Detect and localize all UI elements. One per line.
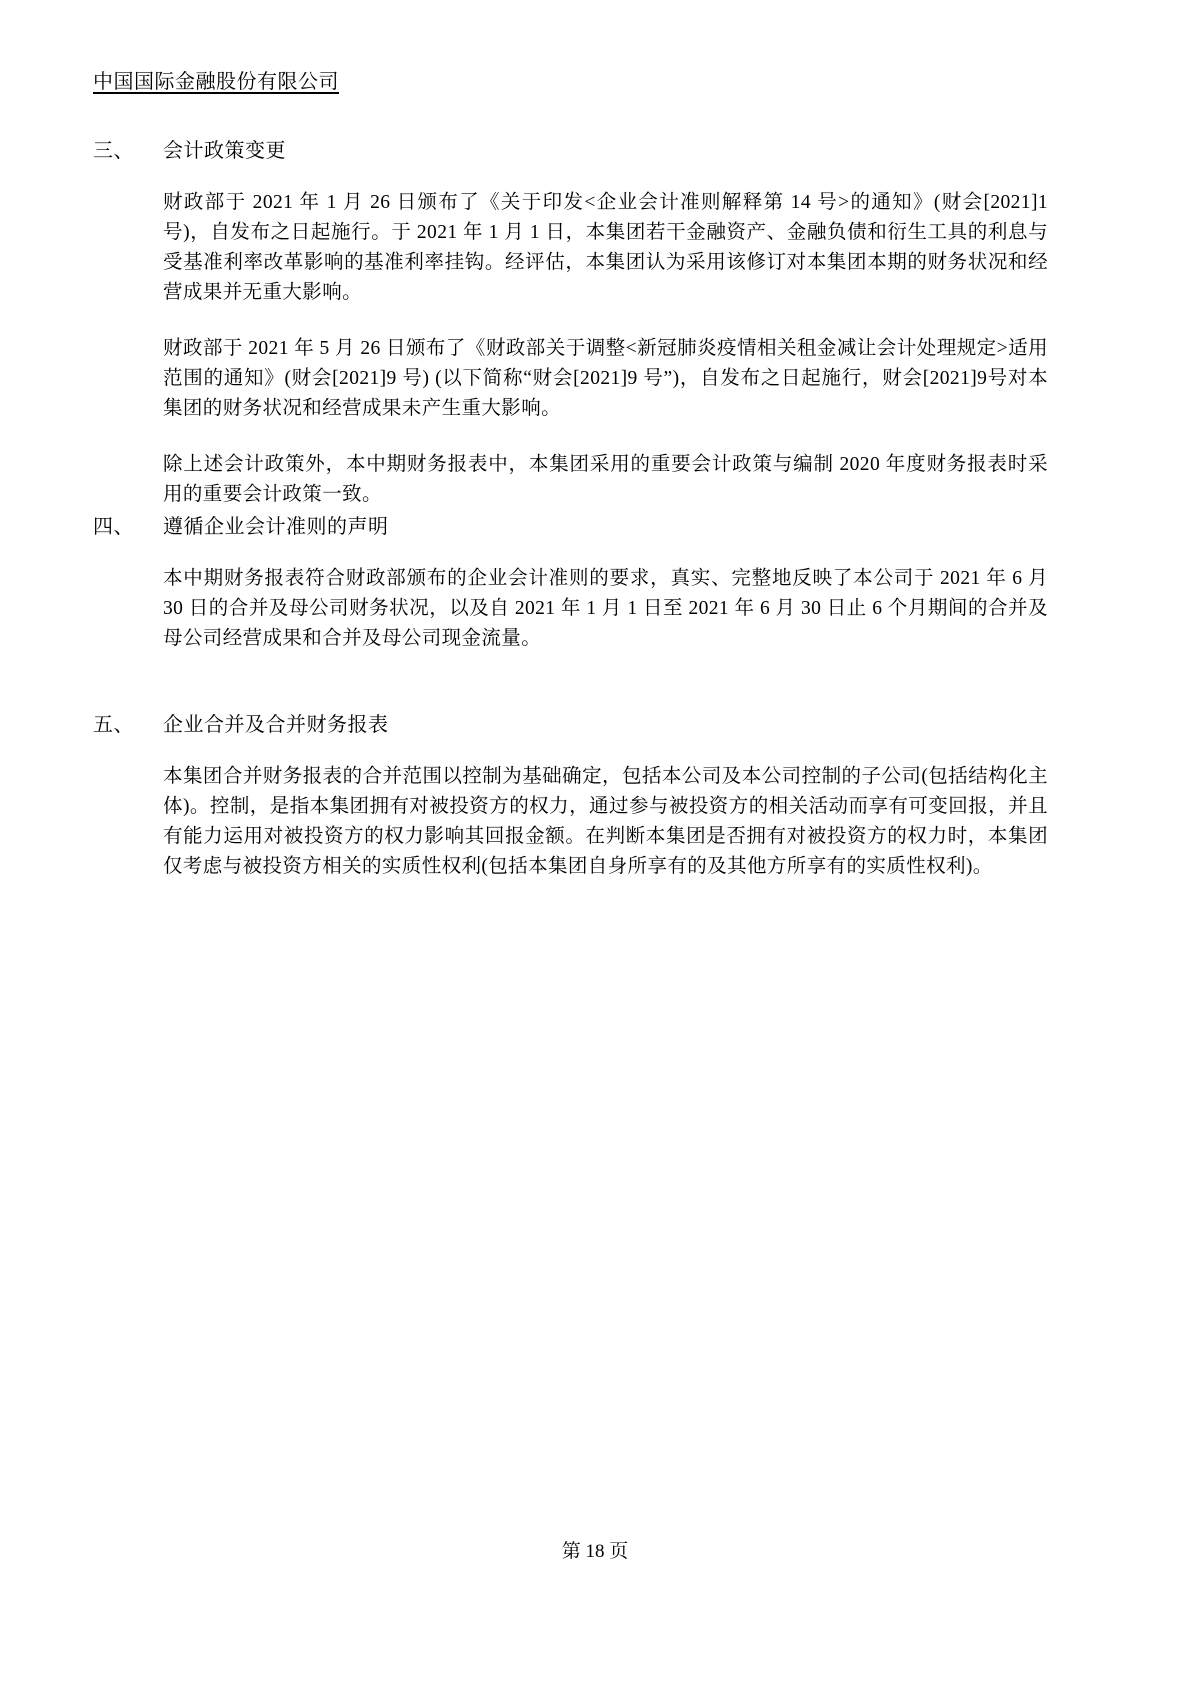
section-title: 企业合并及合并财务报表 [163,710,1048,740]
paragraph: 财政部于 2021 年 5 月 26 日颁布了《财政部关于调整<新冠肺炎疫情相关… [163,334,1048,424]
section-number: 四、 [93,512,163,542]
section-title: 会计政策变更 [163,136,1048,166]
section-number: 三、 [93,136,163,166]
section-accounting-policy-changes: 三、 会计政策变更 财政部于 2021 年 1 月 26 日颁布了《关于印发<企… [93,136,1048,510]
section-title: 遵循企业会计准则的声明 [163,512,1048,542]
section-heading: 三、 会计政策变更 [93,136,1048,166]
paragraph: 本集团合并财务报表的合并范围以控制为基础确定，包括本公司及本公司控制的子公司(包… [163,762,1048,882]
paragraph: 除上述会计政策外，本中期财务报表中，本集团采用的重要会计政策与编制 2020 年… [163,450,1048,510]
document-page: 中国国际金融股份有限公司 三、 会计政策变更 财政部于 2021 年 1 月 2… [0,0,1190,1683]
section-compliance-statement: 四、 遵循企业会计准则的声明 本中期财务报表符合财政部颁布的企业会计准则的要求，… [93,512,1048,654]
section-heading: 五、 企业合并及合并财务报表 [93,710,1048,740]
paragraph: 本中期财务报表符合财政部颁布的企业会计准则的要求，真实、完整地反映了本公司于 2… [163,564,1048,654]
section-number: 五、 [93,710,163,740]
section-business-combination: 五、 企业合并及合并财务报表 本集团合并财务报表的合并范围以控制为基础确定，包括… [93,710,1048,882]
paragraph: 财政部于 2021 年 1 月 26 日颁布了《关于印发<企业会计准则解释第 1… [163,188,1048,308]
section-heading: 四、 遵循企业会计准则的声明 [93,512,1048,542]
company-name-header: 中国国际金融股份有限公司 [93,68,1048,96]
page-number: 第 18 页 [0,1539,1190,1565]
